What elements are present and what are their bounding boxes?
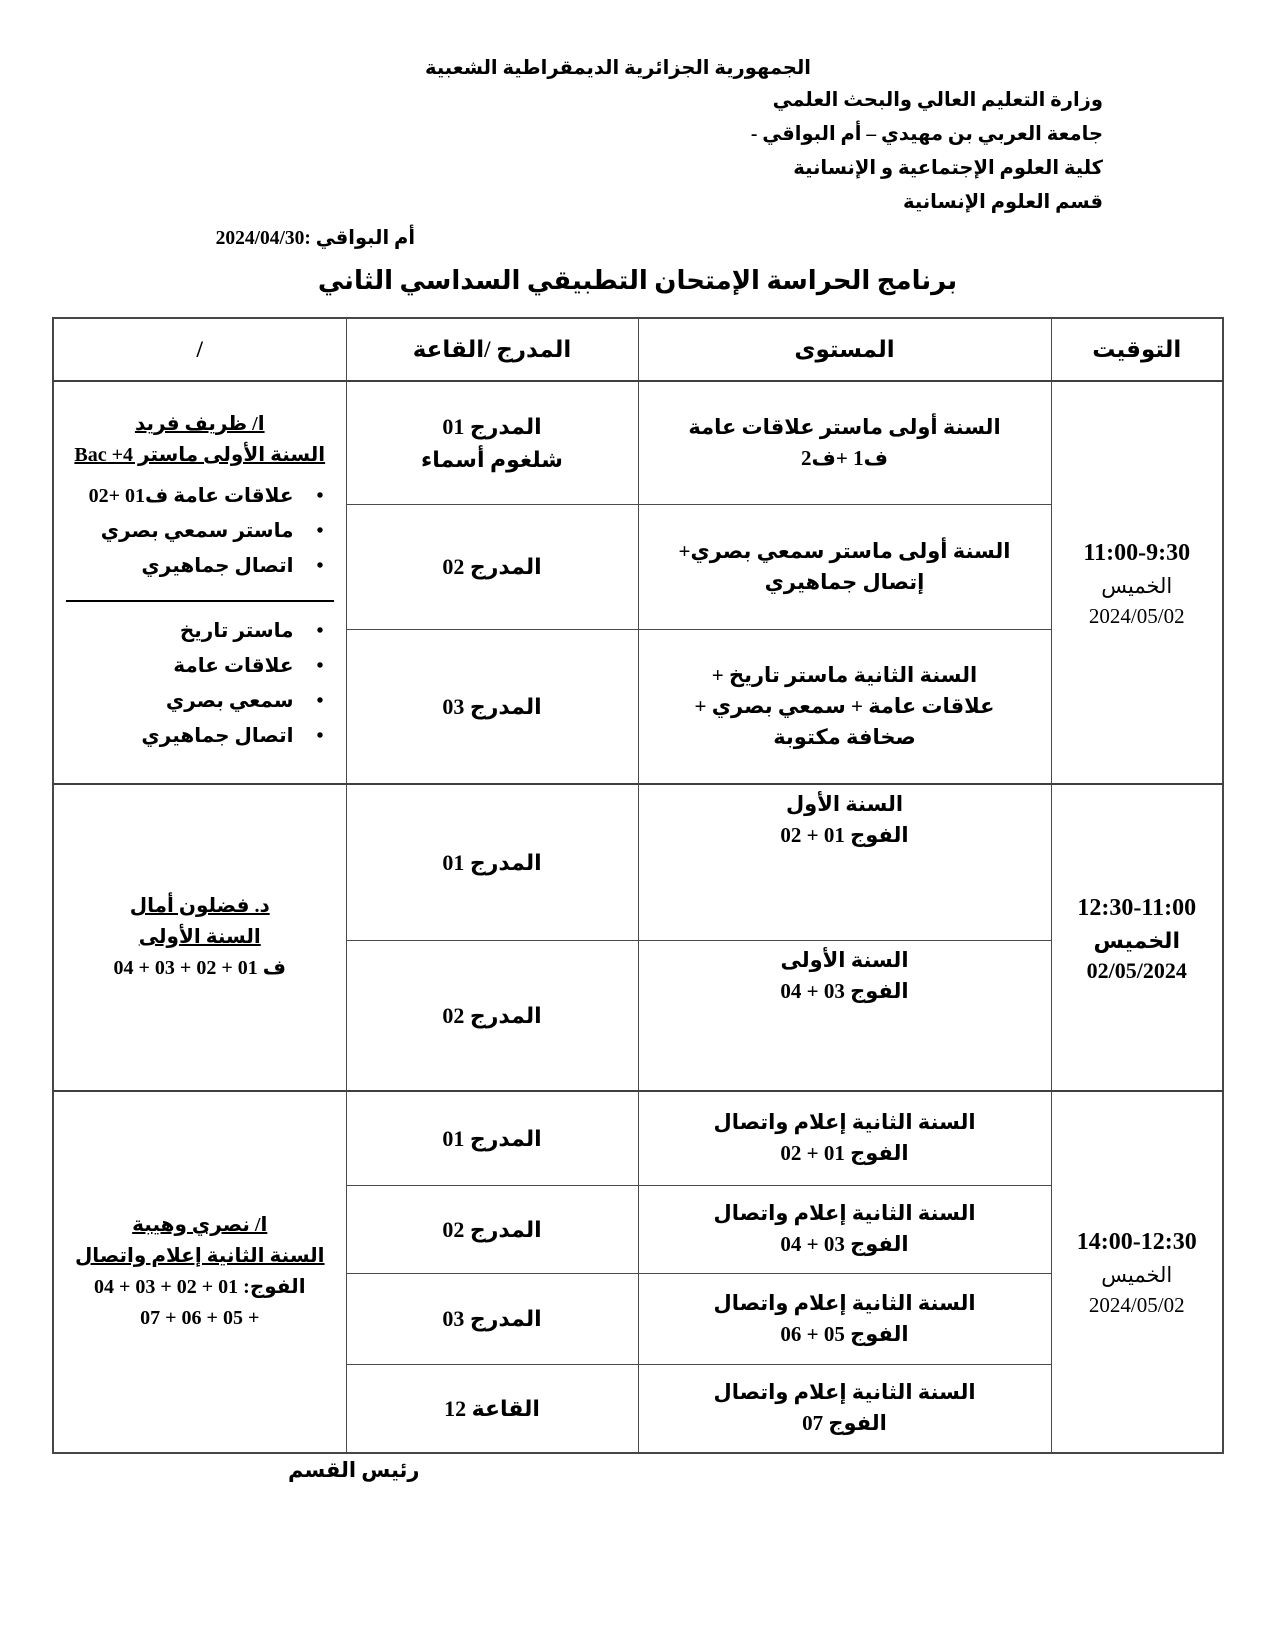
room-cell: المدرج 01 شلغوم أسماء: [346, 381, 638, 504]
level-line: الفوج 03 + 04: [639, 976, 1051, 1007]
level-line: السنة الأول: [639, 789, 1051, 820]
room-line: المدرج 01: [347, 1122, 638, 1155]
level-line: صخافة مكتوبة: [639, 722, 1051, 753]
room-line: المدرج 02: [347, 999, 638, 1032]
time-range: 14:00-12:30: [1052, 1224, 1223, 1260]
level-line: السنة أولى ماستر سمعي بصري+: [639, 536, 1051, 567]
university-line: جامعة العربي بن مهيدي – أم البواقي -: [751, 118, 1103, 152]
observer-groups: + 05 + 06 + 07: [54, 1303, 346, 1334]
level-line: السنة أولى ماستر علاقات عامة: [639, 412, 1051, 443]
room-cell: المدرج 01: [346, 784, 638, 940]
level-cell: السنة الثانية إعلام واتصال الفوج 07: [638, 1364, 1051, 1453]
level-line: السنة الثانية إعلام واتصال: [639, 1288, 1051, 1319]
level-line: الفوج 01 + 02: [639, 820, 1051, 851]
observer-groups: ف 01 + 02 + 03 + 04: [54, 953, 346, 984]
time-range: 12:30-11:00: [1052, 890, 1223, 926]
level-line: إتصال جماهيري: [639, 567, 1051, 598]
level-line: الفوج 07: [639, 1408, 1051, 1439]
list-item: ماستر تاريخ: [54, 614, 346, 649]
room-line: القاعة 12: [347, 1392, 638, 1425]
col-header-observer: /: [53, 318, 346, 381]
level-line: السنة الثانية إعلام واتصال: [639, 1107, 1051, 1138]
observer-list: علاقات عامة ف01 +02 ماستر سمعي بصري اتصا…: [54, 479, 346, 584]
observer-cell-group2: د. فضلون أمال السنة الأولى ف 01 + 02 + 0…: [53, 784, 346, 1091]
level-cell: السنة أولى ماستر علاقات عامة ف1 +ف2: [638, 381, 1051, 504]
ministry-line: وزارة التعليم العالي والبحث العلمي: [751, 84, 1103, 118]
observer-subtitle: السنة الأولى: [54, 922, 346, 953]
timing-cell-group2: 12:30-11:00 الخميس 02/05/2024: [1051, 784, 1223, 1091]
level-line: ف1 +ف2: [639, 443, 1051, 474]
faculty-line: كلية العلوم الإجتماعية و الإنسانية: [751, 152, 1103, 186]
day-name: الخميس: [1052, 1260, 1223, 1290]
level-line: الفوج 05 + 06: [639, 1319, 1051, 1350]
room-cell: القاعة 12: [346, 1364, 638, 1453]
level-cell: السنة الأولى الفوج 03 + 04: [638, 940, 1051, 1091]
level-cell: السنة الثانية إعلام واتصال الفوج 01 + 02: [638, 1091, 1051, 1185]
timing-cell-group3: 14:00-12:30 الخميس 2024/05/02: [1051, 1091, 1223, 1453]
date-value: 2024/05/02: [1052, 1290, 1223, 1320]
list-item: اتصال جماهيري: [54, 549, 346, 584]
room-line: المدرج 02: [347, 1213, 638, 1246]
observer-list: ماستر تاريخ علاقات عامة سمعي بصري اتصال …: [54, 614, 346, 754]
level-line: علاقات عامة + سمعي بصري +: [639, 691, 1051, 722]
day-name: الخميس: [1052, 926, 1223, 956]
invigilator-name: شلغوم أسماء: [347, 443, 638, 476]
observer-name: ا/ ظريف فريد: [54, 409, 346, 440]
level-line: السنة الثانية ماستر تاريخ +: [639, 660, 1051, 691]
col-header-room: المدرج /القاعة: [346, 318, 638, 381]
observer-subtitle: السنة الثانية إعلام واتصال: [54, 1241, 346, 1272]
observer-cell-group1: ا/ ظريف فريد السنة الأولى ماستر Bac +4 ع…: [53, 381, 346, 784]
room-cell: المدرج 02: [346, 504, 638, 629]
room-cell: المدرج 02: [346, 940, 638, 1091]
table-row: 11:00-9:30 الخميس 2024/05/02 السنة أولى …: [53, 381, 1223, 504]
table-header-row: التوقيت المستوى المدرج /القاعة /: [53, 318, 1223, 381]
page-title: برنامج الحراسة الإمتحان التطبيقي السداسي…: [0, 266, 1275, 296]
document-page: { "doc": { "republic_line": "الجمهورية ا…: [0, 0, 1275, 1650]
room-line: المدرج 03: [347, 690, 638, 723]
col-header-level: المستوى: [638, 318, 1051, 381]
place-date-line: أم البواقي :2024/04/30: [216, 226, 415, 250]
day-name: الخميس: [1052, 571, 1223, 601]
room-line: المدرج 01: [347, 410, 638, 443]
observer-name: د. فضلون أمال: [54, 891, 346, 922]
list-item: علاقات عامة ف01 +02: [54, 479, 346, 514]
room-line: المدرج 02: [347, 550, 638, 583]
date-value: 02/05/2024: [1052, 956, 1223, 986]
room-cell: المدرج 03: [346, 629, 638, 784]
date-value: 2024/05/02: [1052, 601, 1223, 631]
observer-subtitle: السنة الأولى ماستر Bac +4: [54, 440, 346, 471]
list-item: علاقات عامة: [54, 649, 346, 684]
level-cell: السنة الثانية إعلام واتصال الفوج 03 + 04: [638, 1185, 1051, 1273]
level-line: الفوج 01 + 02: [639, 1138, 1051, 1169]
level-line: السنة الأولى: [639, 945, 1051, 976]
room-line: المدرج 01: [347, 846, 638, 879]
list-item: سمعي بصري: [54, 684, 346, 719]
list-item: ماستر سمعي بصري: [54, 514, 346, 549]
republic-header-line: الجمهورية الجزائرية الديمقراطية الشعبية: [398, 56, 838, 80]
observer-name: ا/ نصري وهيبة: [54, 1210, 346, 1241]
level-cell: السنة الثانية ماستر تاريخ + علاقات عامة …: [638, 629, 1051, 784]
department-line: قسم العلوم الإنسانية: [751, 186, 1103, 220]
room-line: المدرج 03: [347, 1302, 638, 1335]
table-row: 12:30-11:00 الخميس 02/05/2024 السنة الأو…: [53, 784, 1223, 940]
exam-schedule-table: التوقيت المستوى المدرج /القاعة / 11:00-9…: [52, 317, 1224, 1454]
level-cell: السنة الثانية إعلام واتصال الفوج 05 + 06: [638, 1273, 1051, 1364]
timing-cell-group1: 11:00-9:30 الخميس 2024/05/02: [1051, 381, 1223, 784]
time-range: 11:00-9:30: [1052, 535, 1223, 571]
room-cell: المدرج 01: [346, 1091, 638, 1185]
separator-line: [66, 600, 334, 602]
department-head-signature: رئيس القسم: [288, 1458, 420, 1483]
list-item: اتصال جماهيري: [54, 719, 346, 754]
level-line: السنة الثانية إعلام واتصال: [639, 1377, 1051, 1408]
observer-groups: الفوج: 01 + 02 + 03 + 04: [54, 1272, 346, 1303]
room-cell: المدرج 03: [346, 1273, 638, 1364]
org-header-block: وزارة التعليم العالي والبحث العلمي جامعة…: [751, 84, 1103, 220]
col-header-timing: التوقيت: [1051, 318, 1223, 381]
observer-cell-group3: ا/ نصري وهيبة السنة الثانية إعلام واتصال…: [53, 1091, 346, 1453]
level-cell: السنة الأول الفوج 01 + 02: [638, 784, 1051, 940]
table-row: 14:00-12:30 الخميس 2024/05/02 السنة الثا…: [53, 1091, 1223, 1185]
level-line: الفوج 03 + 04: [639, 1229, 1051, 1260]
level-cell: السنة أولى ماستر سمعي بصري+ إتصال جماهير…: [638, 504, 1051, 629]
room-cell: المدرج 02: [346, 1185, 638, 1273]
level-line: السنة الثانية إعلام واتصال: [639, 1198, 1051, 1229]
